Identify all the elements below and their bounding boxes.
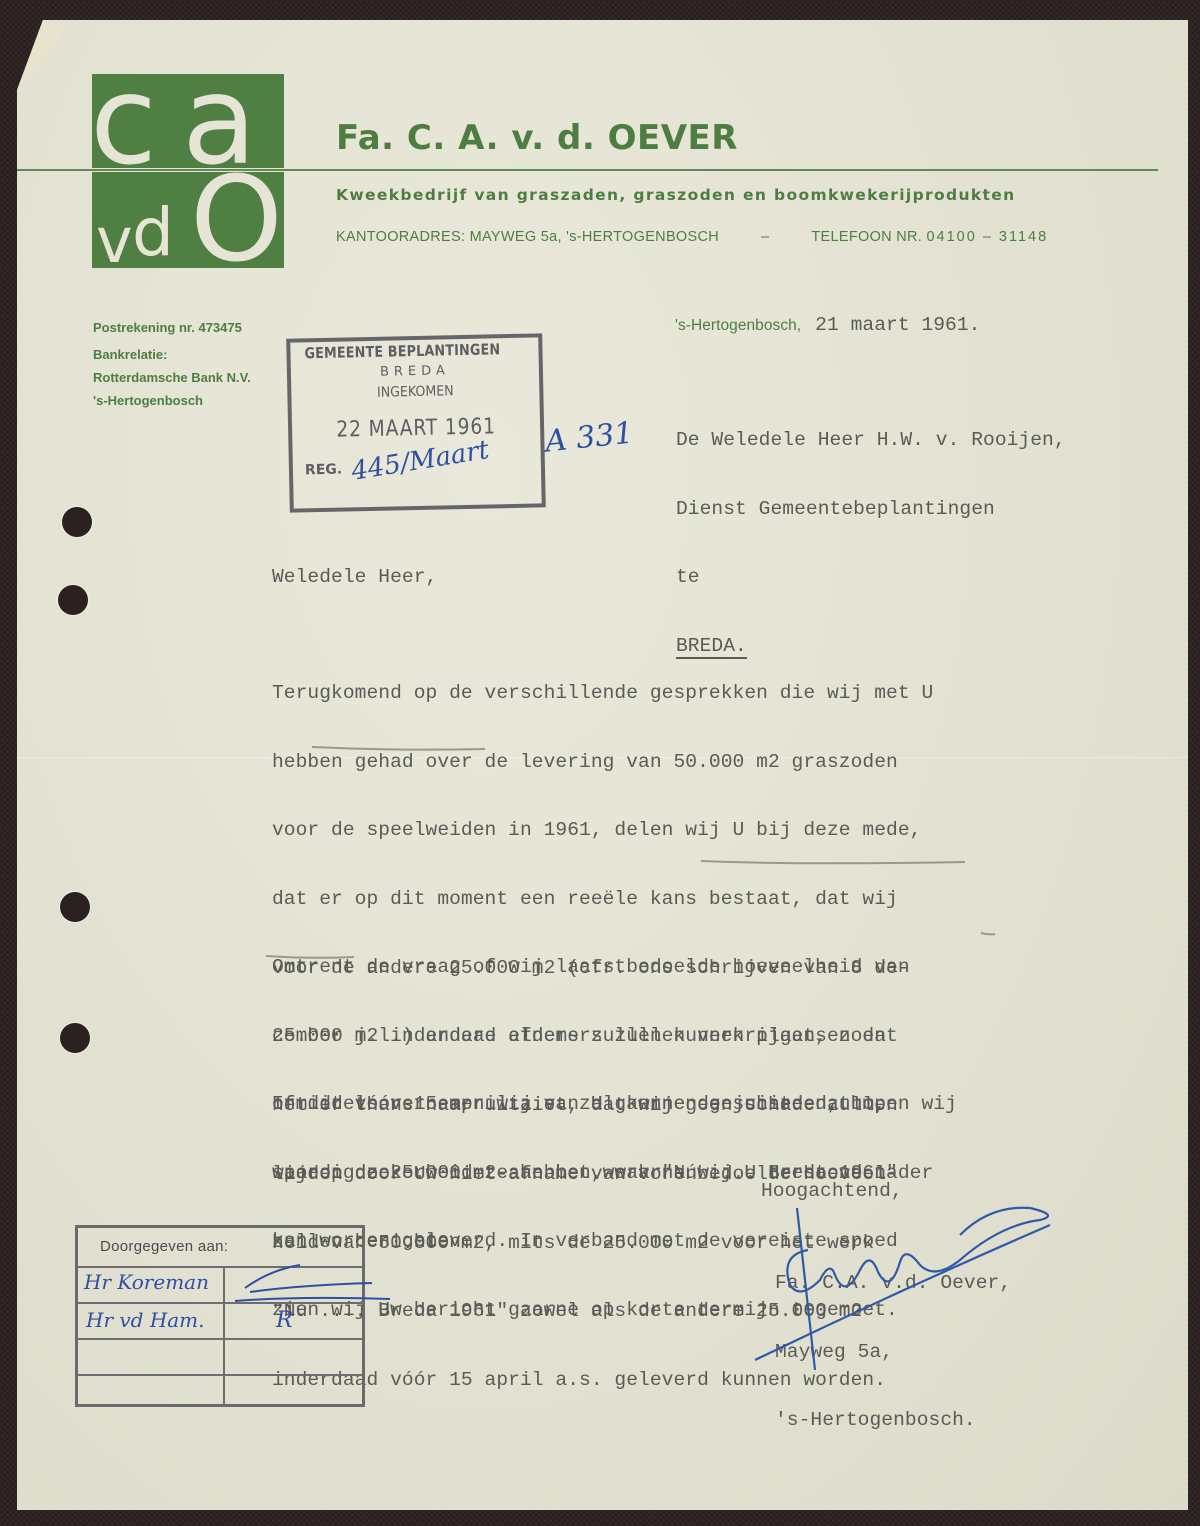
punch-hole xyxy=(60,892,90,922)
letterhead-rule xyxy=(17,169,1158,171)
company-name: Fa. C. A. v. d. OEVER xyxy=(336,118,738,158)
recipient-line: te xyxy=(676,566,1066,589)
phone-number: 04100 – 31148 xyxy=(926,229,1048,245)
text-line: dat er op dit moment een reeële kans bes… xyxy=(272,888,933,911)
forward-initials-2: R xyxy=(276,1308,293,1333)
letter-date-line: 's-Hertogenbosch,21 maart 1961. xyxy=(675,314,980,338)
signature-line: Mayweg 5a, xyxy=(775,1341,1011,1364)
forward-name-1: Hr Koreman xyxy=(84,1270,209,1294)
text-line: voor de speelweiden in 1961, delen wij U… xyxy=(272,819,933,842)
forwarded-to-title: Doorgegeven aan: xyxy=(100,1238,228,1255)
forwarded-to-box: Doorgegeven aan: Hr Koreman Hr vd Ham. R xyxy=(75,1225,365,1407)
phone-label: TELEFOON NR. xyxy=(811,229,922,245)
logo-bottom: v d O xyxy=(92,172,284,268)
address-line: KANTOORADRES: MAYWEG 5a, 's-HERTOGENBOSC… xyxy=(336,229,1116,245)
text-line: 25.000 m2 inderdaad elders zullen kunnen… xyxy=(272,1025,957,1048)
salutation: Weledele Heer, xyxy=(272,566,437,589)
stamp-city: BREDA xyxy=(291,361,539,381)
punch-hole xyxy=(60,1023,90,1053)
logo-top: c a xyxy=(92,74,284,168)
signature-line: Fa. C.A. v.d. Oever, xyxy=(775,1272,1011,1295)
recipient-line: Dienst Gemeentebeplantingen xyxy=(676,498,1066,521)
bank-label: Bankrelatie: xyxy=(93,343,251,366)
stamp-date: 22 MAART 1961 xyxy=(310,414,521,443)
stamp-received: INGEKOMEN xyxy=(304,382,527,403)
received-stamp: GEMEENTE BEPLANTINGEN BREDA INGEKOMEN 22… xyxy=(286,333,546,512)
logo-letter-o: O xyxy=(190,172,283,268)
logo-letter-d: d xyxy=(132,200,174,266)
bank-city: 's-Hertogenbosch xyxy=(93,389,251,412)
closing: Hoogachtend, xyxy=(761,1180,903,1203)
bank-name: Rotterdamsche Bank N.V. xyxy=(93,366,251,389)
letter-date: 21 maart 1961. xyxy=(815,314,980,336)
text-line: hebben gehad over de levering van 50.000… xyxy=(272,751,933,774)
logo-letter-a: a xyxy=(182,74,257,168)
recipient-line: De Weledele Heer H.W. v. Rooijen, xyxy=(676,429,1066,452)
bank-details: Postrekening nr. 473475 Bankrelatie: Rot… xyxy=(93,316,251,412)
company-tagline: Kweekbedrijf van graszaden, graszoden en… xyxy=(336,186,1016,204)
text-line: Omtrent de vraag of wij laatstbedoelde h… xyxy=(272,956,957,979)
stamp-reg-number: 445/Maart xyxy=(349,435,491,487)
punch-hole xyxy=(62,507,92,537)
signature-line: 's-Hertogenbosch. xyxy=(775,1409,1011,1432)
office-address: KANTOORADRES: MAYWEG 5a, 's-HERTOGENBOSC… xyxy=(336,229,719,245)
postal-account: Postrekening nr. 473475 xyxy=(93,316,251,339)
stamp-department: GEMEENTE BEPLANTINGEN xyxy=(304,340,500,362)
logo-letter-v: v xyxy=(96,210,133,268)
letter-place: 's-Hertogenbosch, xyxy=(675,317,801,334)
punch-hole xyxy=(58,585,88,615)
stamp-reg-label: REG. xyxy=(305,462,342,479)
forward-name-2: Hr vd Ham. xyxy=(86,1308,205,1332)
text-line: Terugkomend op de verschillende gesprekk… xyxy=(272,682,933,705)
logo-letter-c: c xyxy=(92,74,157,168)
separator: – xyxy=(761,229,769,245)
signature-block: Fa. C.A. v.d. Oever, Mayweg 5a, 's-Herto… xyxy=(775,1226,1011,1455)
text-line: Inmiddels vernemen wij van U gaarne de j… xyxy=(272,1093,898,1116)
